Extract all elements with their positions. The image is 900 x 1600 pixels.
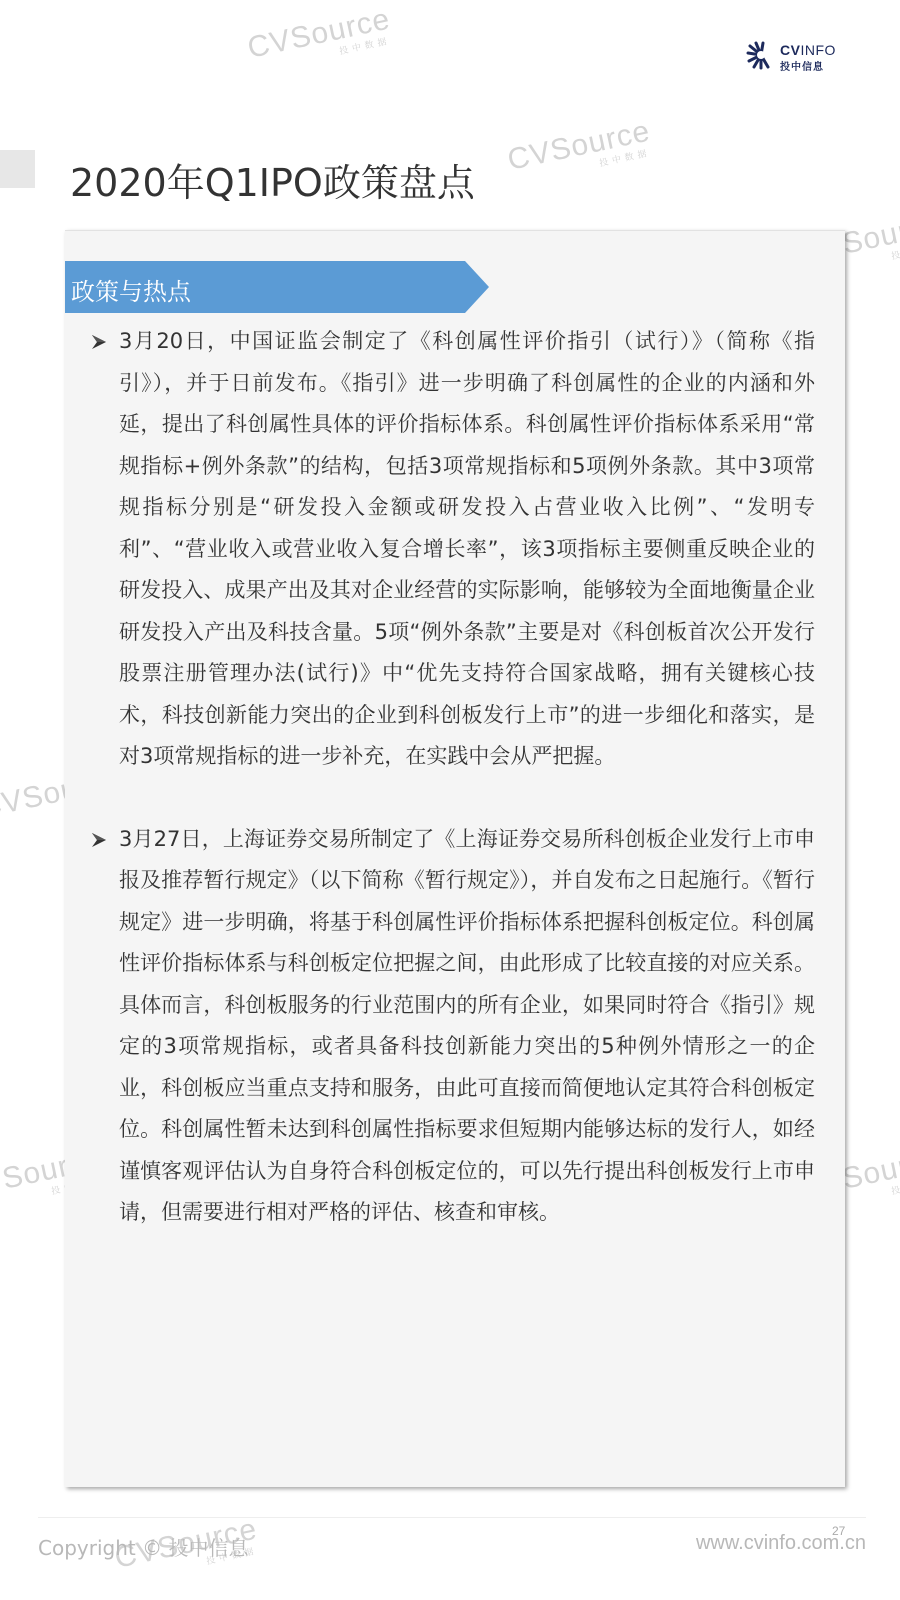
policy-item-text: 3月20日，中国证监会制定了《科创属性评价指引（试行）》（简称《指引》），并于日… [119, 329, 815, 768]
logo-brand-cn: 投中信息 [780, 58, 824, 73]
side-decoration-tab [0, 150, 35, 188]
footer-divider [38, 1517, 866, 1518]
cvinfo-burst-logo-icon [746, 40, 776, 70]
content-card: 政策与热点 3月20日，中国证监会制定了《科创属性评价指引（试行）》（简称《指引… [65, 230, 845, 1487]
watermark: CVSource投中数据 [505, 117, 655, 187]
cvinfo-logo: CVINFO 投中信息 [746, 38, 846, 74]
website-link[interactable]: www.cvinfo.com.cn [696, 1532, 866, 1555]
logo-brand-text: CVINFO [780, 42, 836, 58]
policy-item: 3月27日，上海证券交易所制定了《上海证券交易所科创板企业发行上市申报及推荐暂行… [91, 819, 815, 1234]
policy-list: 3月20日，中国证监会制定了《科创属性评价指引（试行）》（简称《指引》），并于日… [91, 321, 815, 1275]
arrowhead-bullet-icon [91, 819, 107, 848]
policy-item-text: 3月27日，上海证券交易所制定了《上海证券交易所科创板企业发行上市申报及推荐暂行… [119, 827, 815, 1225]
policy-item: 3月20日，中国证监会制定了《科创属性评价指引（试行）》（简称《指引》），并于日… [91, 321, 815, 778]
arrowhead-bullet-icon [91, 321, 107, 350]
page-title: 2020年Q1IPO政策盘点 [70, 152, 475, 207]
section-banner: 政策与热点 [65, 261, 465, 313]
section-banner-label: 政策与热点 [71, 272, 191, 307]
copyright-text: Copyright © 投中信息 [38, 1532, 248, 1561]
watermark: CVSource投中数据 [245, 5, 395, 75]
